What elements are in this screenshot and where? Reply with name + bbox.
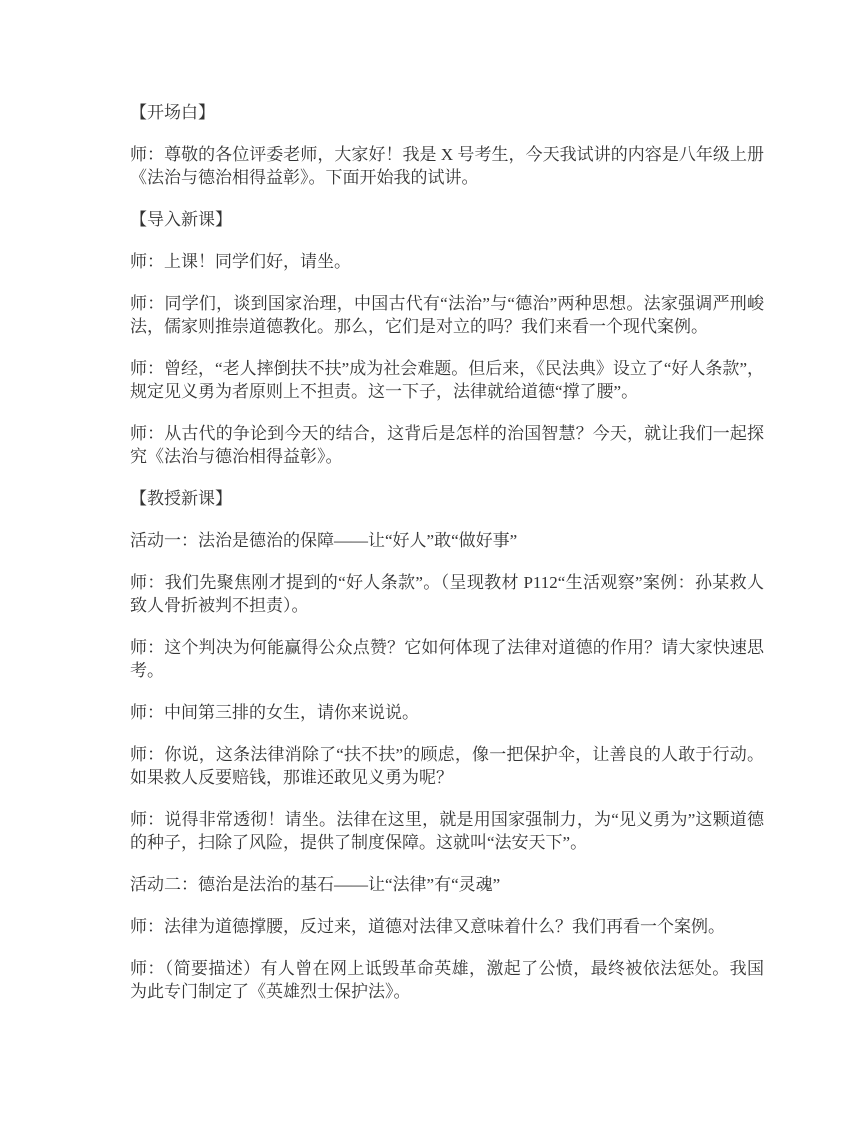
dialogue-paragraph: 师：尊敬的各位评委老师，大家好！我是 X 号考生，今天我试讲的内容是八年级上册《… [130,143,764,189]
dialogue-paragraph: 师：同学们，谈到国家治理，中国古代有“法治”与“德治”两种思想。法家强调严刑峻法… [130,292,764,338]
section-heading-opening: 【开场白】 [130,101,764,124]
dialogue-paragraph: 师：曾经，“老人摔倒扶不扶”成为社会难题。但后来，《民法典》设立了“好人条款”，… [130,357,764,403]
section-heading-lead-in: 【导入新课】 [130,208,764,231]
dialogue-paragraph: 师：从古代的争论到今天的结合，这背后是怎样的治国智慧？今天，就让我们一起探究《法… [130,422,764,468]
dialogue-paragraph: 师：法律为道德撑腰，反过来，道德对法律又意味着什么？我们再看一个案例。 [130,915,764,938]
dialogue-paragraph: 师：上课！同学们好，请坐。 [130,250,764,273]
document-body: 【开场白】 师：尊敬的各位评委老师，大家好！我是 X 号考生，今天我试讲的内容是… [130,101,764,1003]
dialogue-paragraph: 师：说得非常透彻！请坐。法律在这里，就是用国家强制力，为“见义勇为”这颗道德的种… [130,808,764,854]
dialogue-paragraph: 师：（简要描述）有人曾在网上诋毁革命英雄，激起了公愤，最终被依法惩处。我国为此专… [130,957,764,1003]
dialogue-paragraph: 师：中间第三排的女生，请你来说说。 [130,701,764,724]
dialogue-paragraph: 师：你说，这条法律消除了“扶不扶”的顾虑，像一把保护伞，让善良的人敢于行动。如果… [130,743,764,789]
document-page: 【开场白】 师：尊敬的各位评委老师，大家好！我是 X 号考生，今天我试讲的内容是… [0,0,866,1122]
activity-heading-2: 活动二：德治是法治的基石——让“法律”有“灵魂” [130,873,764,896]
dialogue-paragraph: 师：我们先聚焦刚才提到的“好人条款”。（呈现教材 P112“生活观察”案例：孙某… [130,571,764,617]
activity-heading-1: 活动一：法治是德治的保障——让“好人”敢“做好事” [130,529,764,552]
section-heading-new-lesson: 【教授新课】 [130,487,764,510]
dialogue-paragraph: 师：这个判决为何能赢得公众点赞？它如何体现了法律对道德的作用？请大家快速思考。 [130,636,764,682]
